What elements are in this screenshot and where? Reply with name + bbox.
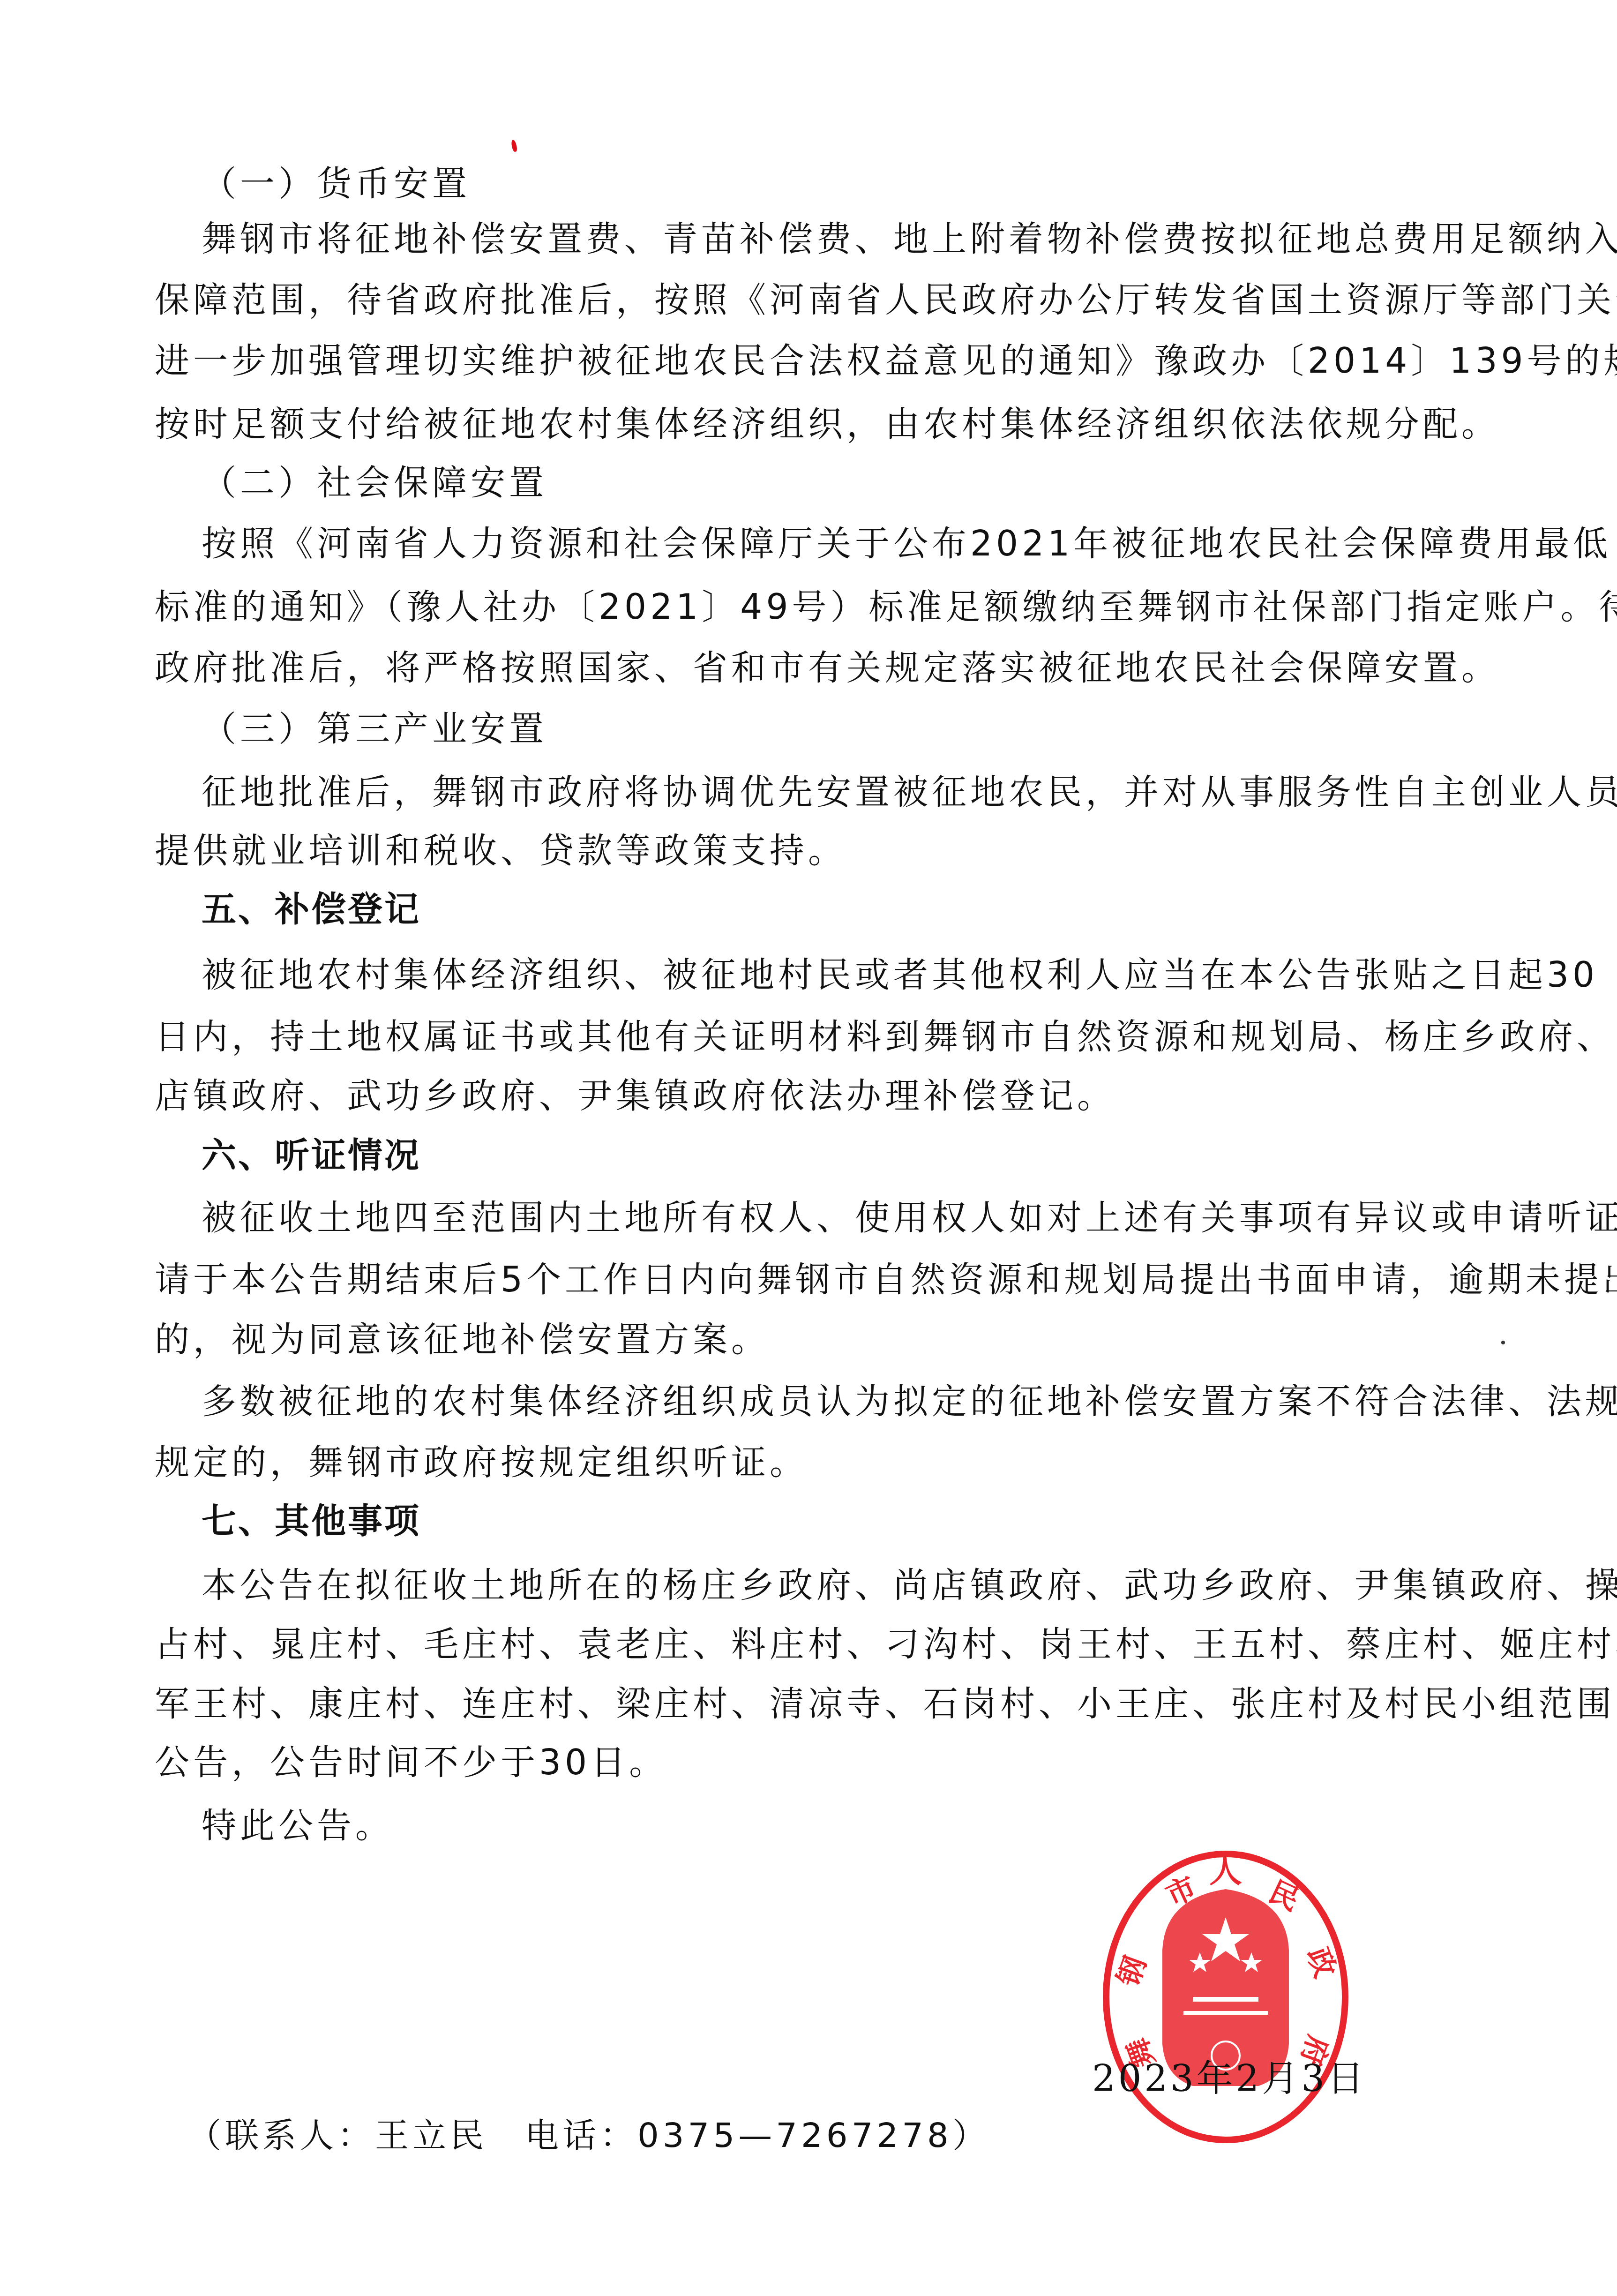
scan-speck: [1501, 1341, 1505, 1344]
paragraph-line: 标准的通知》（豫人社办〔2021〕49号）标准足额缴纳至舞钢市社保部门指定账户。…: [155, 584, 1617, 630]
svg-text:钢: 钢: [1111, 1951, 1153, 1990]
document-page: （一）货币安置舞钢市将征地补偿安置费、青苗补偿费、地上附着物补偿费按拟征地总费用…: [0, 0, 1617, 2296]
paragraph-line: 军王村、康庄村、连庄村、梁庄村、清凉寺、石岗村、小王庄、张庄村及村民小组范围内: [155, 1681, 1617, 1727]
paragraph-line: 本公告在拟征收土地所在的杨庄乡政府、尚店镇政府、武功乡政府、尹集镇政府、操: [202, 1562, 1617, 1609]
paragraph-line: 请于本公告期结束后5个工作日内向舞钢市自然资源和规划局提出书面申请，逾期未提出: [155, 1256, 1617, 1303]
paragraph-line: 舞钢市将征地补偿安置费、青苗补偿费、地上附着物补偿费按拟征地总费用足额纳入: [202, 216, 1617, 263]
subsection-heading: （二）社会保障安置: [202, 459, 547, 506]
paragraph-line: 提供就业培训和税收、贷款等政策支持。: [155, 827, 846, 874]
paragraph-line: 多数被征地的农村集体经济组织成员认为拟定的征地补偿安置方案不符合法律、法规: [202, 1378, 1617, 1425]
section-heading: 七、其他事项: [202, 1498, 421, 1545]
contact-info: （联系人：王立民 电话：0375—7267278）: [187, 2108, 990, 2157]
paragraph-line: 被征地农村集体经济组织、被征地村民或者其他权利人应当在本公告张贴之日起30: [202, 952, 1598, 998]
paragraph-line: 政府批准后，将严格按照国家、省和市有关规定落实被征地农民社会保障安置。: [155, 645, 1500, 691]
paragraph-line: 按时足额支付给被征地农村集体经济组织，由农村集体经济组织依法依规分配。: [155, 401, 1500, 448]
paragraph-line: 日内，持土地权属证书或其他有关证明材料到舞钢市自然资源和规划局、杨庄乡政府、尚: [155, 1013, 1617, 1060]
paragraph-line: 店镇政府、武功乡政府、尹集镇政府依法办理补偿登记。: [155, 1073, 1115, 1119]
paragraph-line: 公告，公告时间不少于30日。: [155, 1739, 667, 1786]
paragraph-line: 保障范围，待省政府批准后，按照《河南省人民政府办公厅转发省国土资源厅等部门关于: [155, 277, 1617, 323]
paragraph-line: 被征收土地四至范围内土地所有权人、使用权人如对上述有关事项有异议或申请听证，: [202, 1194, 1617, 1241]
paragraph-line: 特此公告。: [202, 1802, 394, 1849]
issue-date: 2023年2月3日: [1092, 2049, 1367, 2102]
paragraph-line: 按照《河南省人力资源和社会保障厅关于公布2021年被征地农民社会保障费用最低: [202, 520, 1611, 567]
paragraph-line: 的，视为同意该征地补偿安置方案。: [155, 1316, 770, 1363]
section-heading: 六、听证情况: [202, 1132, 421, 1179]
paragraph-line: 进一步加强管理切实维护被征地农民合法权益意见的通知》豫政办〔2014〕139号的…: [155, 338, 1617, 384]
paragraph-line: 占村、晁庄村、毛庄村、袁老庄、料庄村、刁沟村、岗王村、王五村、蔡庄村、姬庄村、: [155, 1621, 1617, 1668]
red-ink-mark: [510, 139, 517, 152]
section-heading: 五、补偿登记: [202, 886, 421, 933]
paragraph-line: 征地批准后，舞钢市政府将协调优先安置被征地农民，并对从事服务性自主创业人员: [202, 769, 1617, 816]
subsection-heading: （三）第三产业安置: [202, 705, 547, 752]
seal-char: 人: [1209, 1852, 1242, 1890]
paragraph-line: 规定的，舞钢市政府按规定组织听证。: [155, 1439, 808, 1486]
subsection-heading: （一）货币安置: [202, 160, 471, 207]
